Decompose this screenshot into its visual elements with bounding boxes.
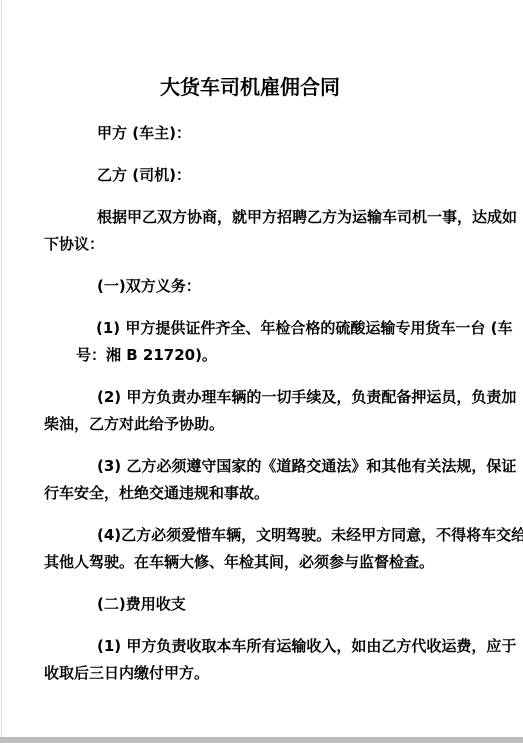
paragraph-line: (1) 甲方提供证件齐全、年检合格的硫酸运输专用货车一台 (车	[76, 315, 456, 342]
paragraph-line: 收取后三日内缴付甲方。	[44, 660, 456, 687]
paragraph: (4)乙方必须爱惜车辆，文明驾驶。未经甲方同意，不得将车交给其他人驾驶。在车辆大…	[44, 522, 456, 576]
paragraph: (一)双方义务：	[44, 273, 456, 300]
paragraph-line: 行车安全，杜绝交通违规和事故。	[44, 480, 456, 507]
paragraph-line: (2) 甲方负责办理车辆的一切手续及，负责配备押运员，负责加	[44, 384, 456, 411]
document-page: 大货车司机雇佣合同 甲方 (车主)：乙方 (司机)：根据甲乙双方协商，就甲方招聘…	[0, 0, 523, 743]
page-bottom-edge	[0, 737, 523, 743]
paragraph-line: 乙方 (司机)：	[44, 162, 456, 189]
paragraph-line: (二)费用收支	[44, 591, 456, 618]
paragraph: 甲方 (车主)：	[44, 120, 456, 147]
paragraph-line: (一)双方义务：	[44, 273, 456, 300]
paragraph-line: 其他人驾驶。在车辆大修、年检其间，必须参与监督检查。	[44, 549, 456, 576]
paragraph-line: (1) 甲方负责收取本车所有运输收入，如由乙方代收运费，应于	[44, 633, 456, 660]
document-content: 大货车司机雇佣合同 甲方 (车主)：乙方 (司机)：根据甲乙双方协商，就甲方招聘…	[44, 73, 456, 702]
paragraph: (2) 甲方负责办理车辆的一切手续及，负责配备押运员，负责加柴油，乙方对此给予协…	[44, 384, 456, 438]
page-left-edge	[1, 0, 2, 743]
paragraph: 乙方 (司机)：	[44, 162, 456, 189]
paragraph: (1) 甲方提供证件齐全、年检合格的硫酸运输专用货车一台 (车号：湘 B 217…	[76, 315, 456, 369]
paragraph: (3) 乙方必须遵守国家的《道路交通法》和其他有关法规，保证行车安全，杜绝交通违…	[44, 453, 456, 507]
document-title: 大货车司机雇佣合同	[44, 73, 456, 101]
paragraph-line: 根据甲乙双方协商，就甲方招聘乙方为运输车司机一事，达成如	[44, 204, 456, 231]
paragraph-line: 下协议：	[44, 231, 456, 258]
paragraph-line: (3) 乙方必须遵守国家的《道路交通法》和其他有关法规，保证	[44, 453, 456, 480]
document-body: 甲方 (车主)：乙方 (司机)：根据甲乙双方协商，就甲方招聘乙方为运输车司机一事…	[44, 120, 456, 687]
paragraph-line: (4)乙方必须爱惜车辆，文明驾驶。未经甲方同意，不得将车交给	[44, 522, 456, 549]
paragraph: (1) 甲方负责收取本车所有运输收入，如由乙方代收运费，应于收取后三日内缴付甲方…	[44, 633, 456, 687]
paragraph: 根据甲乙双方协商，就甲方招聘乙方为运输车司机一事，达成如下协议：	[44, 204, 456, 258]
paragraph: (二)费用收支	[44, 591, 456, 618]
paragraph-line: 柴油，乙方对此给予协助。	[44, 411, 456, 438]
paragraph-line: 号：湘 B 21720)。	[76, 342, 456, 369]
paragraph-line: 甲方 (车主)：	[44, 120, 456, 147]
